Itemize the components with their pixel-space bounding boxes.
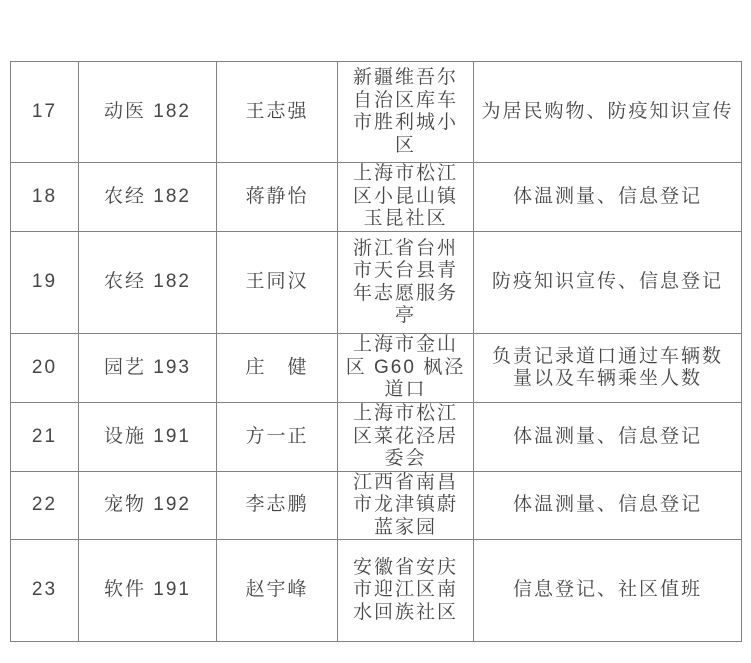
cell-duty: 体温测量、信息登记 (474, 403, 742, 472)
cell-location: 安徽省安庆 市迎江区南 水回族社区 (338, 540, 474, 642)
table-row: 18 农经 182 蒋静怡 上海市松江 区小昆山镇 玉昆社区 体温测量、信息登记 (11, 163, 742, 232)
cell-class: 宠物 192 (79, 471, 217, 540)
table-row: 20 园艺 193 庄 健 上海市金山 区 G60 枫泾 道口 负责记录道口通过… (11, 334, 742, 403)
cell-duty: 防疫知识宣传、信息登记 (474, 232, 742, 334)
cell-location: 上海市金山 区 G60 枫泾 道口 (338, 334, 474, 403)
cell-class: 农经 182 (79, 232, 217, 334)
cell-location: 江西省南昌 市龙津镇蔚 蓝家园 (338, 471, 474, 540)
cell-name: 王同汉 (217, 232, 338, 334)
cell-location: 上海市松江 区小昆山镇 玉昆社区 (338, 163, 474, 232)
cell-row-number: 18 (11, 163, 79, 232)
document-page: 17 动医 182 王志强 新疆维吾尔 自治区库车 市胜利城小 区 为居民购物、… (0, 0, 751, 663)
cell-class: 设施 191 (79, 403, 217, 472)
cell-row-number: 20 (11, 334, 79, 403)
cell-location: 新疆维吾尔 自治区库车 市胜利城小 区 (338, 62, 474, 163)
cell-duty: 体温测量、信息登记 (474, 471, 742, 540)
cell-name: 王志强 (217, 62, 338, 163)
cell-class: 园艺 193 (79, 334, 217, 403)
cell-duty: 信息登记、社区值班 (474, 540, 742, 642)
cell-row-number: 17 (11, 62, 79, 163)
cell-name: 方一正 (217, 403, 338, 472)
cell-class: 动医 182 (79, 62, 217, 163)
cell-name: 赵宇峰 (217, 540, 338, 642)
table-row: 22 宠物 192 李志鹏 江西省南昌 市龙津镇蔚 蓝家园 体温测量、信息登记 (11, 471, 742, 540)
cell-name: 庄 健 (217, 334, 338, 403)
table-row: 17 动医 182 王志强 新疆维吾尔 自治区库车 市胜利城小 区 为居民购物、… (11, 62, 742, 163)
table-row: 21 设施 191 方一正 上海市松江 区菜花泾居 委会 体温测量、信息登记 (11, 403, 742, 472)
cell-location: 上海市松江 区菜花泾居 委会 (338, 403, 474, 472)
cell-duty: 为居民购物、防疫知识宣传 (474, 62, 742, 163)
cell-name: 李志鹏 (217, 471, 338, 540)
cell-duty: 负责记录道口通过车辆数 量以及车辆乘坐人数 (474, 334, 742, 403)
cell-class: 软件 191 (79, 540, 217, 642)
table-row: 19 农经 182 王同汉 浙江省台州 市天台县青 年志愿服务 亭 防疫知识宣传… (11, 232, 742, 334)
table-row: 23 软件 191 赵宇峰 安徽省安庆 市迎江区南 水回族社区 信息登记、社区值… (11, 540, 742, 642)
cell-row-number: 22 (11, 471, 79, 540)
cell-class: 农经 182 (79, 163, 217, 232)
cell-row-number: 23 (11, 540, 79, 642)
cell-row-number: 21 (11, 403, 79, 472)
cell-location: 浙江省台州 市天台县青 年志愿服务 亭 (338, 232, 474, 334)
volunteer-roster-table: 17 动医 182 王志强 新疆维吾尔 自治区库车 市胜利城小 区 为居民购物、… (10, 61, 742, 642)
cell-duty: 体温测量、信息登记 (474, 163, 742, 232)
cell-name: 蒋静怡 (217, 163, 338, 232)
cell-row-number: 19 (11, 232, 79, 334)
